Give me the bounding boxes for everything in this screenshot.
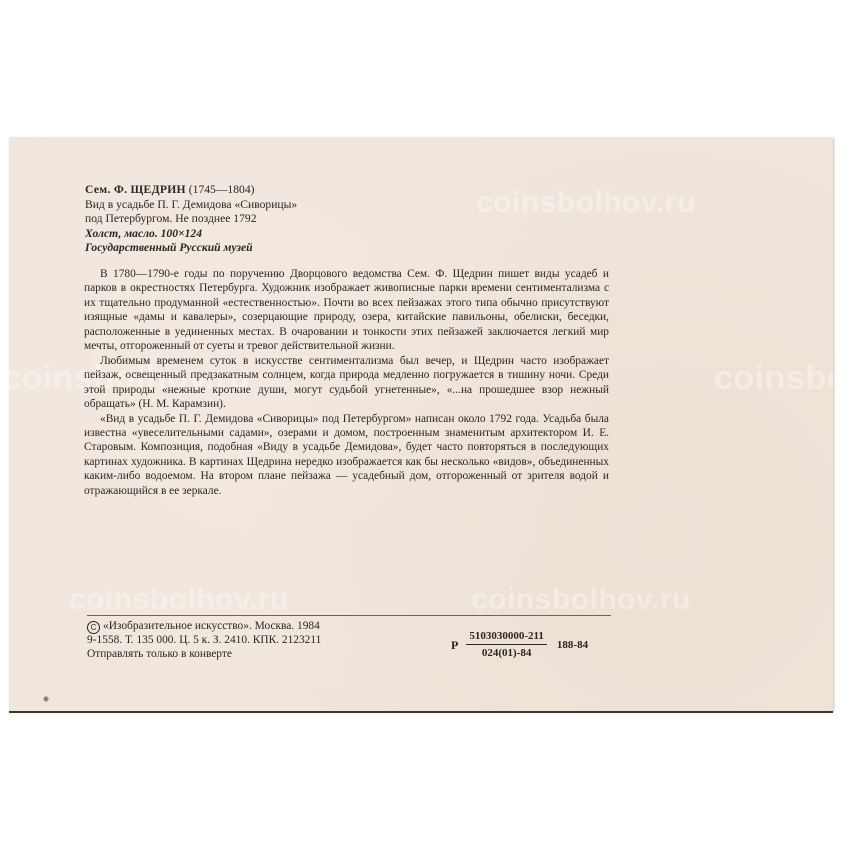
artwork-medium: Холст, масло. 100×124 [85, 227, 297, 242]
index-fraction: 5103030000-211 024(01)-84 [466, 630, 547, 660]
copyright-icon: C [87, 621, 100, 634]
publisher-text: «Изобразительное искусство». Москва. 198… [103, 620, 320, 632]
print-details: 9-1558. Т. 135 000. Ц. 5 к. З. 2410. КПК… [87, 634, 321, 648]
paper-stain [43, 696, 49, 702]
description-paragraph: Любимым временем суток в искусстве сенти… [84, 354, 609, 412]
watermark: coinsbolhov.ru [69, 583, 289, 617]
index-prefix: Р [451, 638, 458, 653]
publisher-imprint: C«Изобразительное искусство». Москва. 19… [87, 620, 321, 662]
watermark: coinsbolhov.ru [714, 359, 833, 398]
mailing-note: Отправлять только в конверте [87, 648, 321, 662]
postcard-back: coinsbolhov.ru coinsbolhov.ru coinsbolho… [9, 137, 833, 711]
description-text: В 1780—1790-е годы по поручению Дворцово… [84, 267, 609, 498]
catalog-index-code: Р 5103030000-211 024(01)-84 188-84 [451, 630, 588, 660]
index-suffix: 188-84 [557, 639, 588, 651]
artist-name: Сем. Ф. ЩЕДРИН [85, 183, 186, 196]
artwork-caption: Сем. Ф. ЩЕДРИН (1745—1804) Вид в усадьбе… [85, 183, 297, 256]
artist-line: Сем. Ф. ЩЕДРИН (1745—1804) [85, 183, 297, 198]
museum-name: Государственный Русский музей [85, 241, 297, 256]
divider-line [87, 615, 611, 616]
artwork-title-line-2: под Петербургом. Не позднее 1792 [85, 212, 297, 227]
description-paragraph: «Вид в усадьбе П. Г. Демидова «Сиворицы»… [84, 412, 609, 499]
artist-years: (1745—1804) [189, 183, 255, 196]
watermark: coinsbolhov.ru [471, 583, 691, 617]
index-denominator: 024(01)-84 [482, 645, 532, 660]
description-paragraph: В 1780—1790-е годы по поручению Дворцово… [84, 267, 609, 354]
publisher-line: C«Изобразительное искусство». Москва. 19… [87, 620, 321, 634]
watermark: coinsbolhov.ru [476, 186, 696, 220]
artwork-title-line-1: Вид в усадьбе П. Г. Демидова «Сиворицы» [85, 198, 297, 213]
index-numerator: 5103030000-211 [466, 630, 547, 645]
